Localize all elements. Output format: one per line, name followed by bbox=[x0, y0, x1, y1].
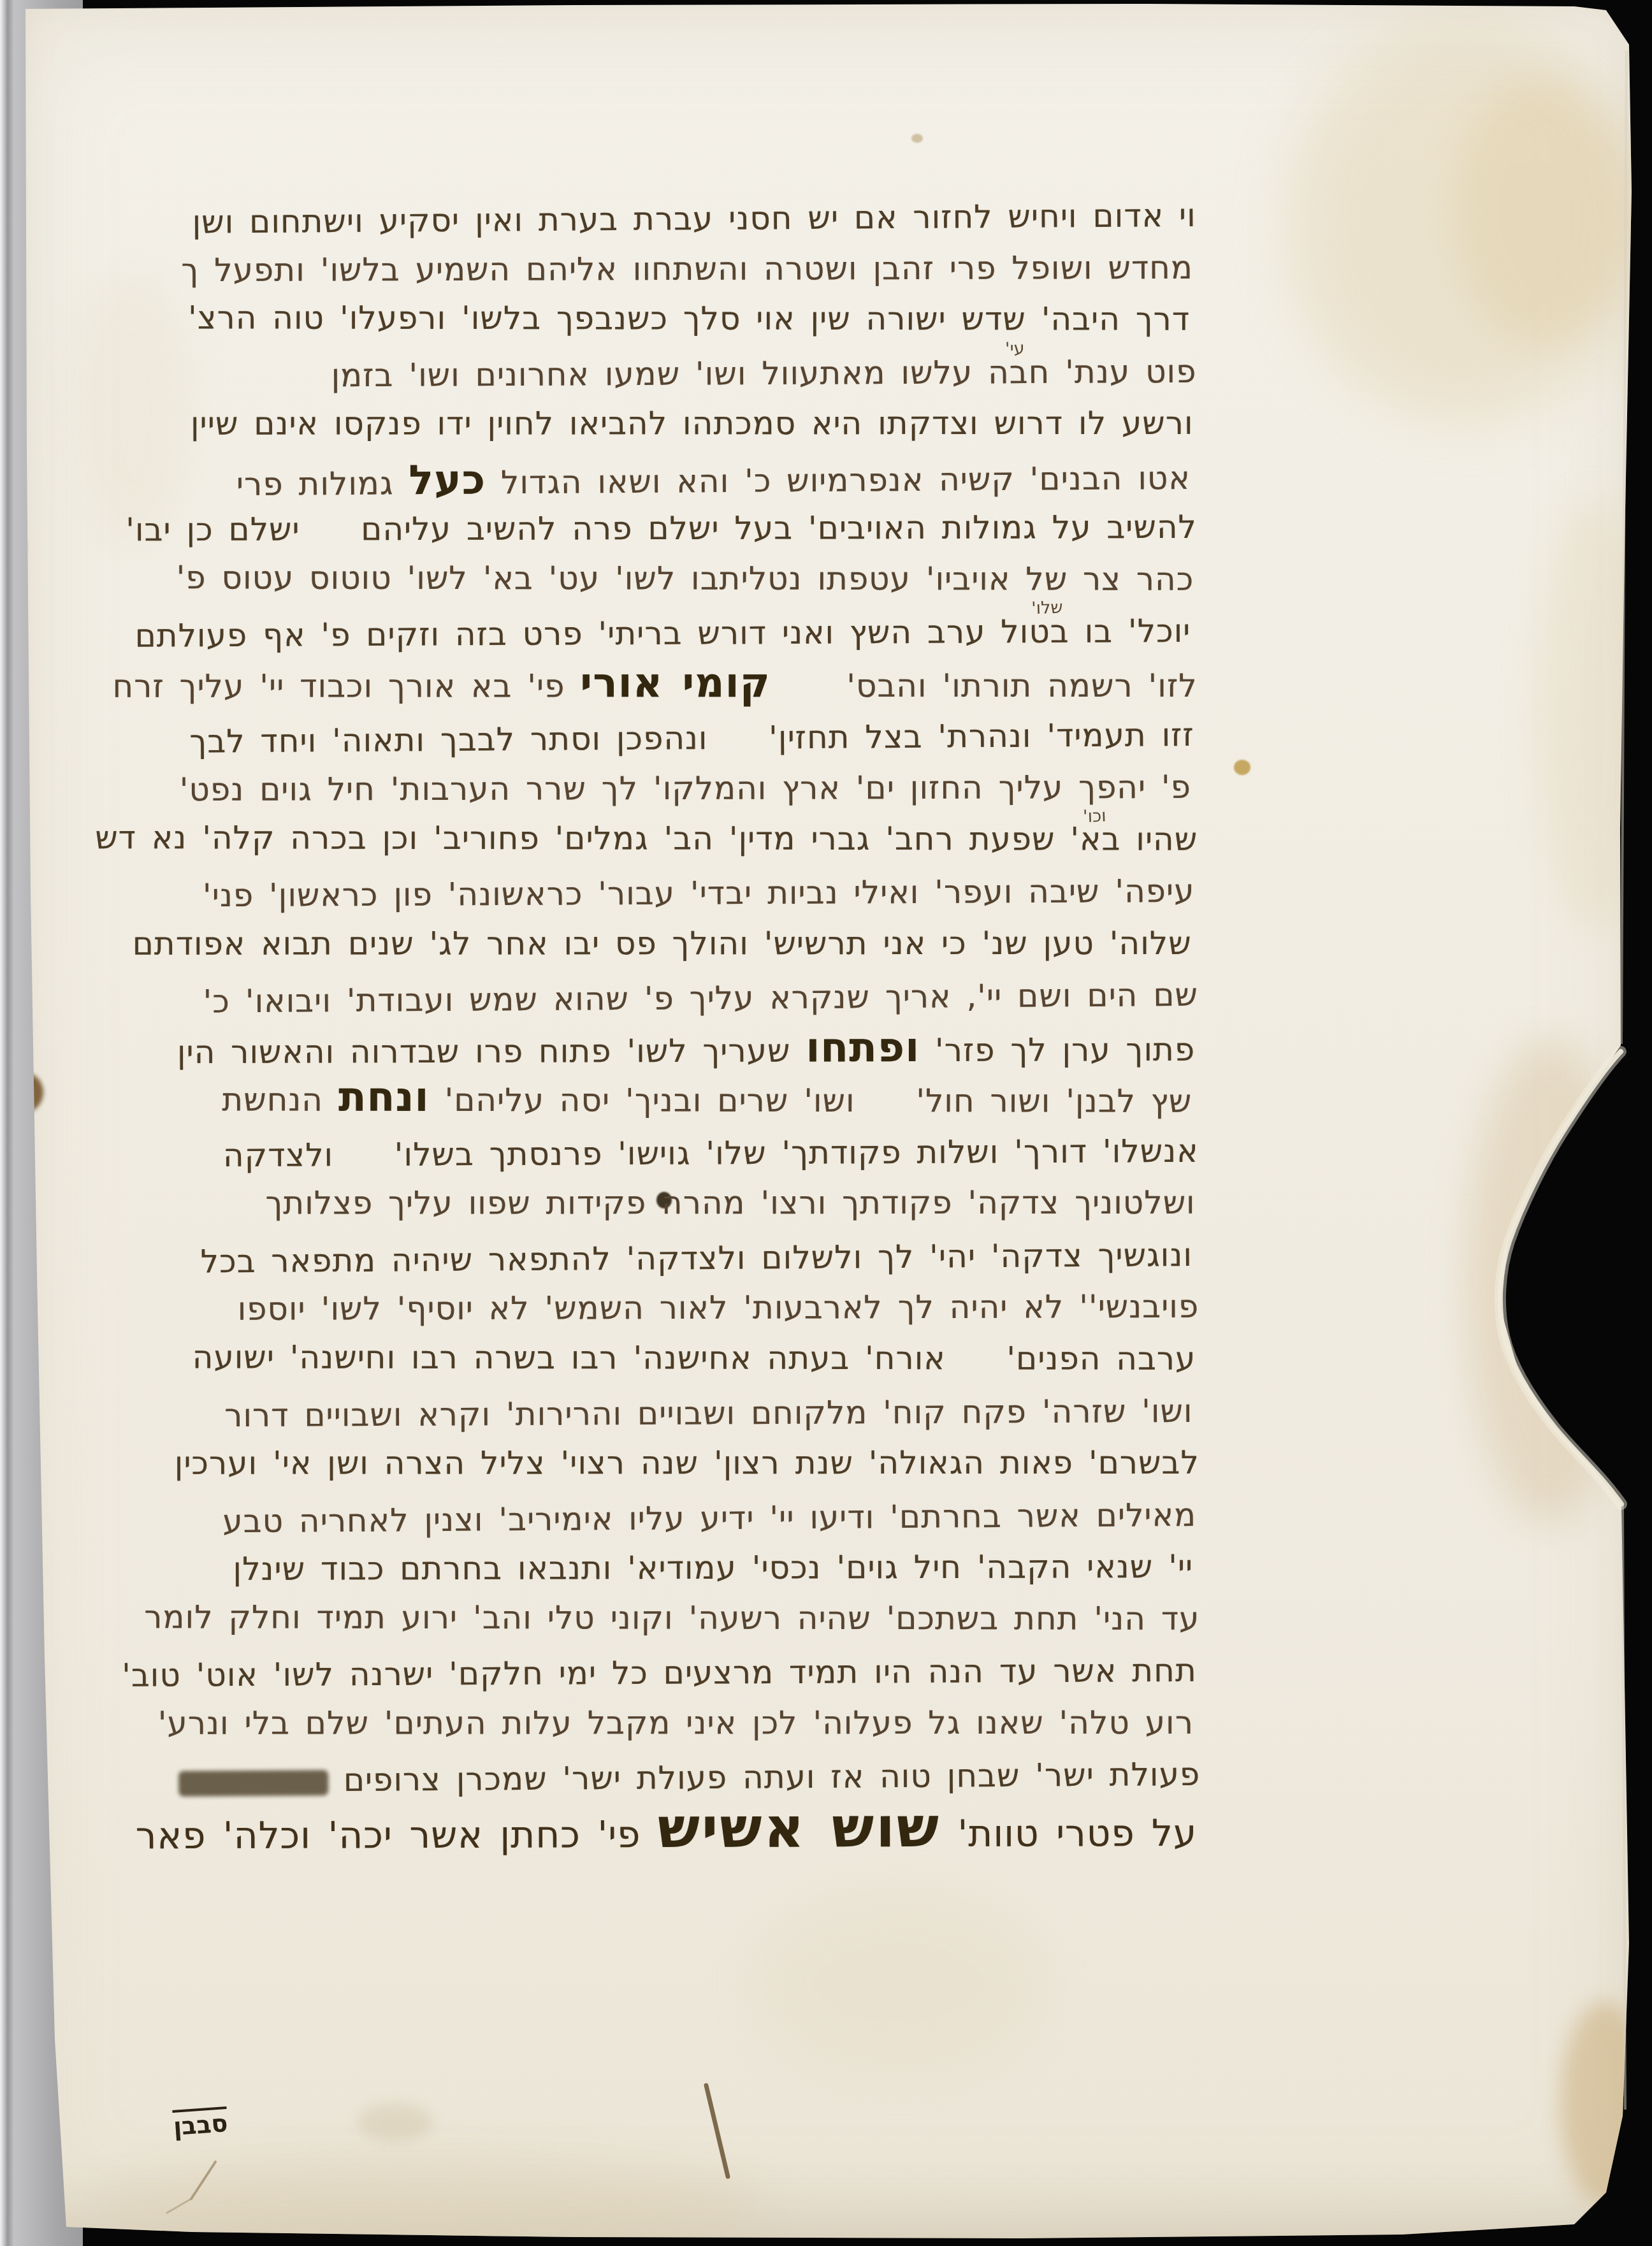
text-line: דרך היבה' שדש ישורה שין אוי סלך כשנבפך ב… bbox=[148, 292, 1190, 345]
tear-halo-stain bbox=[1466, 1039, 1632, 1523]
text-line: וי אדום ויחיש לחזור אם יש חסני עברת בערת… bbox=[154, 190, 1196, 249]
text-block: וי אדום ויחיש לחזור אם יש חסני עברת בערת… bbox=[154, 190, 1201, 1856]
top-right-inner-stain bbox=[1453, 76, 1632, 344]
text-line: תחת אשר עד הנה היו תמיד מרצעים כל ימי חל… bbox=[154, 1645, 1196, 1702]
emphasized-word: שוש אשיש bbox=[658, 1795, 941, 1860]
text-line: לזו' רשמה תורתו' והבס' קומי אורי פי' בא … bbox=[156, 658, 1198, 710]
interlinear-note: שלו' bbox=[1031, 598, 1063, 619]
text-line: פתוך ערן לך פזר' ופתחו שעריך לשו' פתוח פ… bbox=[153, 1022, 1195, 1076]
text-line: שץ לבנן' ושור חול' ושו' שרים ובניך' יסה … bbox=[150, 1072, 1192, 1126]
text-line: עיפה' שיבה ועפר' ואילי נביות יבדי' עבור'… bbox=[152, 866, 1194, 922]
text-line: רוע טלה' שאנו גל פעלוה' לכן איני מקבל על… bbox=[152, 1697, 1194, 1750]
text-line: אנשלו' דורך' ושלות פקודתך' שלו' גוישו' פ… bbox=[156, 1126, 1198, 1182]
top-right-large-stain bbox=[1287, 25, 1644, 421]
scanned-manuscript-image: { "document": { "kind": "Hebrew manuscri… bbox=[0, 0, 1652, 2246]
text-line: להשיב על גמולות האויבים' בעל ישלם פרה לה… bbox=[155, 502, 1197, 556]
emphasized-word: קומי אורי bbox=[580, 660, 771, 707]
emphasized-word: כעל bbox=[409, 456, 486, 504]
emphasized-word: ונחת bbox=[338, 1074, 430, 1121]
inked-out-blot bbox=[178, 1770, 328, 1797]
text-line: שם הים ושם יי', אריך שנקרא עליך פ' שהוא … bbox=[156, 969, 1199, 1029]
bottom-center-stain bbox=[752, 1887, 1045, 2078]
text-line: אטו הבנים' קשיה אנפרמיוש כ' והא ושאו הגד… bbox=[149, 450, 1191, 509]
interlinear-note: וכו' bbox=[1083, 806, 1107, 826]
text-line: ושו' שזרה' פקח קוח' מלקוחם ושבויים והריר… bbox=[150, 1385, 1192, 1442]
text-line: ערבה הפנים' אורח' בעתה אחישנה' רבו בשרה … bbox=[154, 1331, 1196, 1385]
text-line: זזו תעמיד' ונהרת' בצל תחזין' ונהפכן וסתר… bbox=[152, 709, 1195, 769]
text-line: פויבנשי'' לא יהיה לך לארבעות' לאור השמש'… bbox=[157, 1281, 1199, 1336]
right-middle-stain bbox=[1536, 497, 1651, 931]
text-line: מחדש ושופל פרי זהבן ושטרה והשתחוו אליהם … bbox=[151, 242, 1193, 296]
bottom-right-edge-stain bbox=[1560, 2001, 1649, 2205]
text-line: ורשע לו דרוש וצדקתו היא סמכתהו להביאו לח… bbox=[152, 398, 1194, 450]
text-line: יי' שנאי הקבה' חיל גוים' נכסי' עמודיא' ו… bbox=[151, 1541, 1193, 1596]
text-line: פ' יהפך עליך החזון ים' ארץ והמלקו' לך שר… bbox=[149, 762, 1191, 816]
text-line: על פטרי טוות' שוש אשיש פי' כחתן אשר יכה'… bbox=[155, 1801, 1197, 1856]
text-line: שהיו בא' שפעת רחב' גברי מדין' הב' גמלים'… bbox=[156, 812, 1198, 866]
emphasized-word: ופתחו bbox=[806, 1024, 920, 1071]
text-line: ונוגשיך צדקה' יהי' לך ולשלום ולצדקה' להת… bbox=[150, 1229, 1193, 1289]
text-line: עד הני' תחת בשתכם' שהיה רשעה' וקוני טלי … bbox=[157, 1591, 1199, 1645]
bottom-left-band-stain bbox=[89, 2154, 765, 2246]
catchword-smudge bbox=[357, 2103, 433, 2141]
text-line: מאילים אשר בחרתם' ודיעו יי' ידיע עליו אי… bbox=[154, 1489, 1197, 1549]
text-line: ושלטוניך צדקה' פקודתך ורצו' מהרה פקידות … bbox=[154, 1177, 1196, 1229]
interlinear-note: עי' bbox=[1005, 338, 1025, 359]
yellow-speck bbox=[1234, 760, 1250, 775]
top-center-speck bbox=[911, 134, 923, 143]
text-line: כהר צר של אויביו' עטפתו נטליתבו לשו' עט'… bbox=[152, 552, 1194, 605]
text-line: שלוה' טען שנ' כי אני תרשיש' והולך פס יבו… bbox=[150, 918, 1192, 970]
text-line: לבשרם' פאות הגאולה' שנת רצון' שנה רצוי' … bbox=[157, 1437, 1199, 1489]
text-line: פוט ענת' חבה עלשו מאתעוול ושו' שמעו אחרו… bbox=[154, 346, 1196, 403]
catchword: סבבן bbox=[173, 2109, 229, 2141]
manuscript-page: וי אדום ויחיש לחזור אם יש חסני עברת בערת… bbox=[0, 0, 1652, 2246]
